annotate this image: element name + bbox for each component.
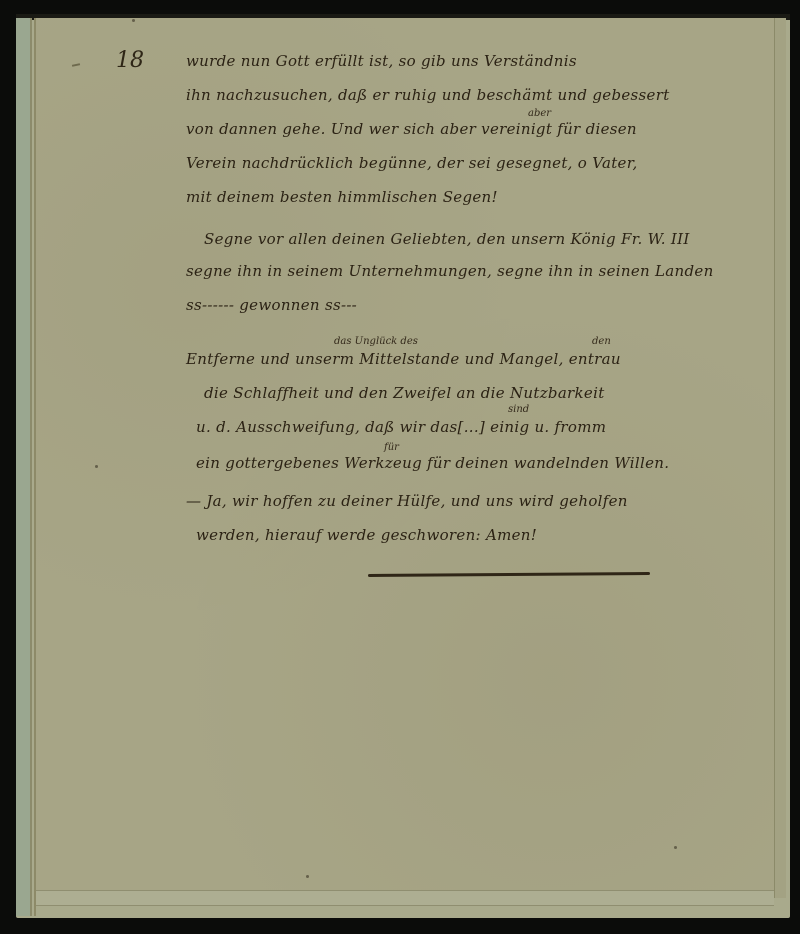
manuscript-scan: 18 wurde nun Gott erfüllt ist, so gib un… xyxy=(0,0,800,934)
handwritten-line: Entferne und unserm Mittelstande und Man… xyxy=(186,350,621,368)
paper-speck xyxy=(306,875,309,878)
paper-speck xyxy=(132,19,135,22)
handwritten-line: mit deinem besten himmlischen Segen! xyxy=(186,188,498,206)
handwritten-line: die Schlaffheit und den Zweifel an die N… xyxy=(204,384,605,402)
page-number: 18 xyxy=(116,48,144,73)
handwritten-line: ihn nachzusuchen, daß er ruhig und besch… xyxy=(186,86,670,104)
paper-speck xyxy=(674,846,677,849)
interlinear-insertion: das Unglück des xyxy=(334,336,418,347)
page-right-edge xyxy=(774,18,786,898)
handwritten-line: u. d. Ausschweifung, daß wir das[...] ei… xyxy=(196,418,606,436)
handwritten-line: ein gottergebenes Werkzeug für deinen wa… xyxy=(196,454,669,472)
paper-speck xyxy=(95,465,98,468)
handwritten-line: ss------ gewonnen ss--- xyxy=(186,296,357,314)
interlinear-insertion: den xyxy=(592,336,611,347)
interlinear-insertion: für xyxy=(384,442,399,453)
handwritten-line: segne ihn in seinem Unternehmungen, segn… xyxy=(186,262,714,280)
binding-gutter xyxy=(16,18,32,916)
handwritten-line: Verein nachdrücklich begünne, der sei ge… xyxy=(186,154,638,172)
handwritten-line: Segne vor allen deinen Geliebten, den un… xyxy=(204,230,690,248)
handwritten-line: werden, hierauf werde geschworen: Amen! xyxy=(196,526,537,544)
handwritten-line: wurde nun Gott erfüllt ist, so gib uns V… xyxy=(186,52,577,70)
handwritten-line: — Ja, wir hoffen zu deiner Hülfe, und un… xyxy=(186,492,628,510)
interlinear-insertion: aber xyxy=(528,108,551,119)
interlinear-insertion: sind xyxy=(508,404,529,415)
page-bottom-edge xyxy=(36,890,774,906)
handwritten-line: von dannen gehe. Und wer sich aber verei… xyxy=(186,120,637,138)
